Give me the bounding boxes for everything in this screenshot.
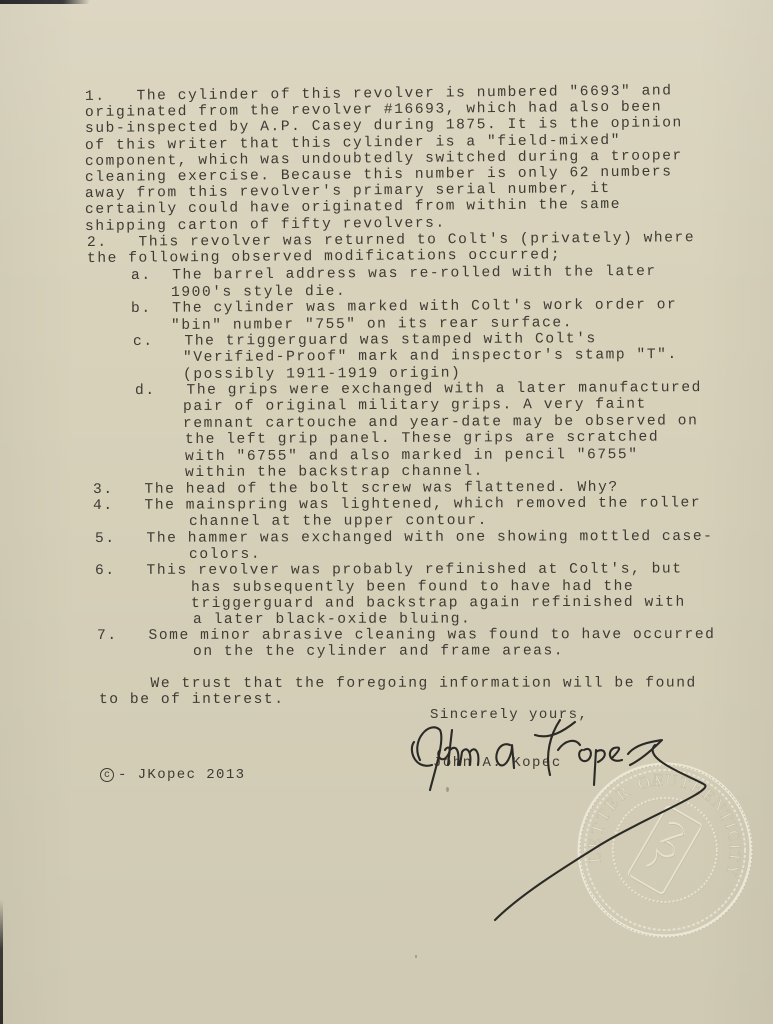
letter-line: b. The cylinder was marked with Colt's w… bbox=[131, 297, 677, 317]
letter-line: 7. Some minor abrasive cleaning was foun… bbox=[97, 627, 715, 644]
letter-line: has subsequently been found to have had … bbox=[191, 579, 634, 596]
closing-salutation: Sincerely yours, bbox=[430, 707, 588, 723]
embossed-seal-icon: LETTER OF AUTHENTICITY bbox=[570, 755, 760, 945]
letter-line: triggerguard and backstrap again refinis… bbox=[191, 595, 686, 612]
letter-line: "Verified-Proof" mark and inspector's st… bbox=[183, 347, 678, 366]
letter-line: 6. This revolver was probably refinished… bbox=[95, 561, 683, 579]
letter-line: 4. The mainspring was lightened, which r… bbox=[93, 495, 701, 514]
scan-left-edge-shadow bbox=[0, 900, 3, 1024]
scan-corner-shadow bbox=[0, 0, 90, 4]
letter-line: pair of original military grips. A very … bbox=[183, 397, 647, 415]
letter-line: We trust that the foregoing information … bbox=[99, 675, 697, 692]
letter-line: the left grip panel. These grips are scr… bbox=[185, 430, 659, 448]
paper-speck bbox=[415, 955, 417, 958]
letter-line: with "6755" and also marked in pencil "6… bbox=[185, 447, 639, 465]
typed-signature-name: John A. Kopec bbox=[433, 755, 562, 771]
letter-line: to be of interest. bbox=[99, 692, 285, 708]
letter-line: (possibly 1911-1919 origin) bbox=[183, 366, 461, 383]
letter-line: within the backstrap channel. bbox=[185, 464, 484, 481]
letter-line: a later black-oxide bluing. bbox=[193, 612, 471, 628]
letter-line: channel at the upper contour. bbox=[189, 513, 488, 530]
letter-line: on the the cylinder and frame areas. bbox=[193, 643, 564, 660]
paper-speck bbox=[446, 787, 449, 792]
copyright-text: - JKopec 2013 bbox=[118, 767, 245, 783]
letter-line: 1900's style die. bbox=[171, 284, 346, 301]
copyright-notice: c - JKopec 2013 bbox=[100, 767, 245, 783]
letter-page: 1. The cylinder of this revolver is numb… bbox=[0, 0, 773, 1024]
copyright-icon: c bbox=[100, 768, 114, 782]
letter-line: the following observed modifications occ… bbox=[87, 247, 561, 267]
letter-line: a. The barrel address was re-rolled with… bbox=[131, 264, 657, 284]
letter-line: 5. The hammer was exchanged with one sho… bbox=[95, 529, 714, 547]
letter-line: colors. bbox=[189, 547, 261, 563]
svg-text:AUTHENTICITY: AUTHENTICITY bbox=[644, 755, 760, 895]
